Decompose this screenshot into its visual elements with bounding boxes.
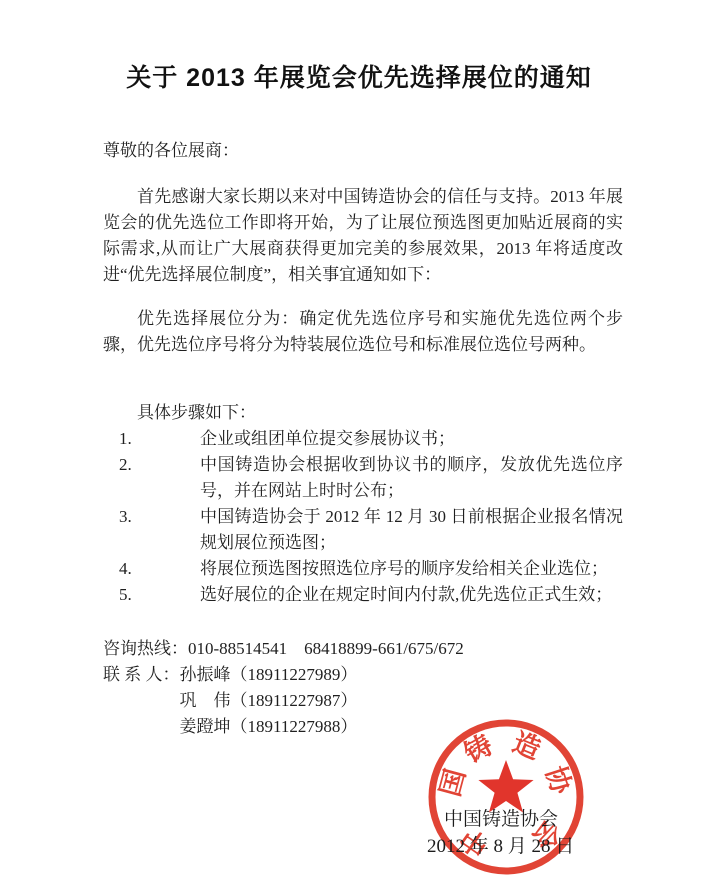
contact-name: 姜蹬坤（18911227988） — [180, 714, 358, 740]
step-number: 1. — [119, 426, 200, 452]
step-item: 2. 中国铸造协会根据收到协议书的顺序，发放优先选位序号，并在网站上时时公布； — [119, 452, 623, 504]
salutation: 尊敬的各位展商： — [103, 138, 623, 164]
hotline-numbers: 010-88514541 68418899-661/675/672 — [188, 639, 464, 658]
step-number: 2. — [119, 452, 200, 478]
step-number: 5. — [119, 582, 200, 608]
hotline-line: 咨询热线：010-88514541 68418899-661/675/672 — [103, 636, 623, 662]
steps-heading: 具体步骤如下： — [137, 400, 623, 426]
step-number: 4. — [119, 556, 200, 582]
paragraph-intro: 首先感谢大家长期以来对中国铸造协会的信任与支持。2013 年展览会的优先选位工作… — [103, 184, 623, 288]
paragraph-process-overview: 优先选择展位分为：确定优先选位序号和实施优先选位两个步骤，优先选位序号将分为特装… — [103, 306, 623, 358]
notice-document-page: 关于 2013 年展览会优先选择展位的通知 尊敬的各位展商： 首先感谢大家长期以… — [0, 0, 718, 888]
contact-name: 巩 伟（18911227987） — [180, 688, 358, 714]
step-item: 4. 将展位预选图按照选位序号的顺序发给相关企业选位； — [119, 556, 623, 582]
seal-arc-char: 国 — [435, 766, 471, 800]
step-text: 将展位预选图按照选位序号的顺序发给相关企业选位； — [200, 556, 623, 582]
signature-organization: 中国铸造协会 — [444, 804, 558, 831]
signature-date: 2012 年 8 月 28 日 — [427, 831, 574, 858]
hotline-label: 咨询热线： — [103, 639, 188, 658]
step-text: 中国铸造协会于 2012 年 12 月 30 日前根据企业报名情况规划展位预选图… — [200, 504, 623, 556]
step-text: 中国铸造协会根据收到协议书的顺序，发放优先选位序号，并在网站上时时公布； — [200, 452, 623, 504]
step-number: 3. — [119, 504, 200, 530]
step-item: 5. 选好展位的企业在规定时间内付款,优先选位正式生效； — [119, 582, 623, 608]
contacts-label: 联 系 人： — [103, 662, 180, 740]
step-text: 选好展位的企业在规定时间内付款,优先选位正式生效； — [200, 582, 623, 608]
contact-names: 孙振峰（18911227989） 巩 伟（18911227987） 姜蹬坤（18… — [180, 662, 358, 740]
step-item: 1. 企业或组团单位提交参展协议书； — [119, 426, 623, 452]
contact-name: 孙振峰（18911227989） — [180, 662, 358, 688]
step-text: 企业或组团单位提交参展协议书； — [200, 426, 623, 452]
step-item: 3. 中国铸造协会于 2012 年 12 月 30 日前根据企业报名情况规划展位… — [119, 504, 623, 556]
steps-list: 1. 企业或组团单位提交参展协议书； 2. 中国铸造协会根据收到协议书的顺序，发… — [119, 426, 623, 608]
document-body: 尊敬的各位展商： 首先感谢大家长期以来对中国铸造协会的信任与支持。2013 年展… — [103, 0, 623, 740]
